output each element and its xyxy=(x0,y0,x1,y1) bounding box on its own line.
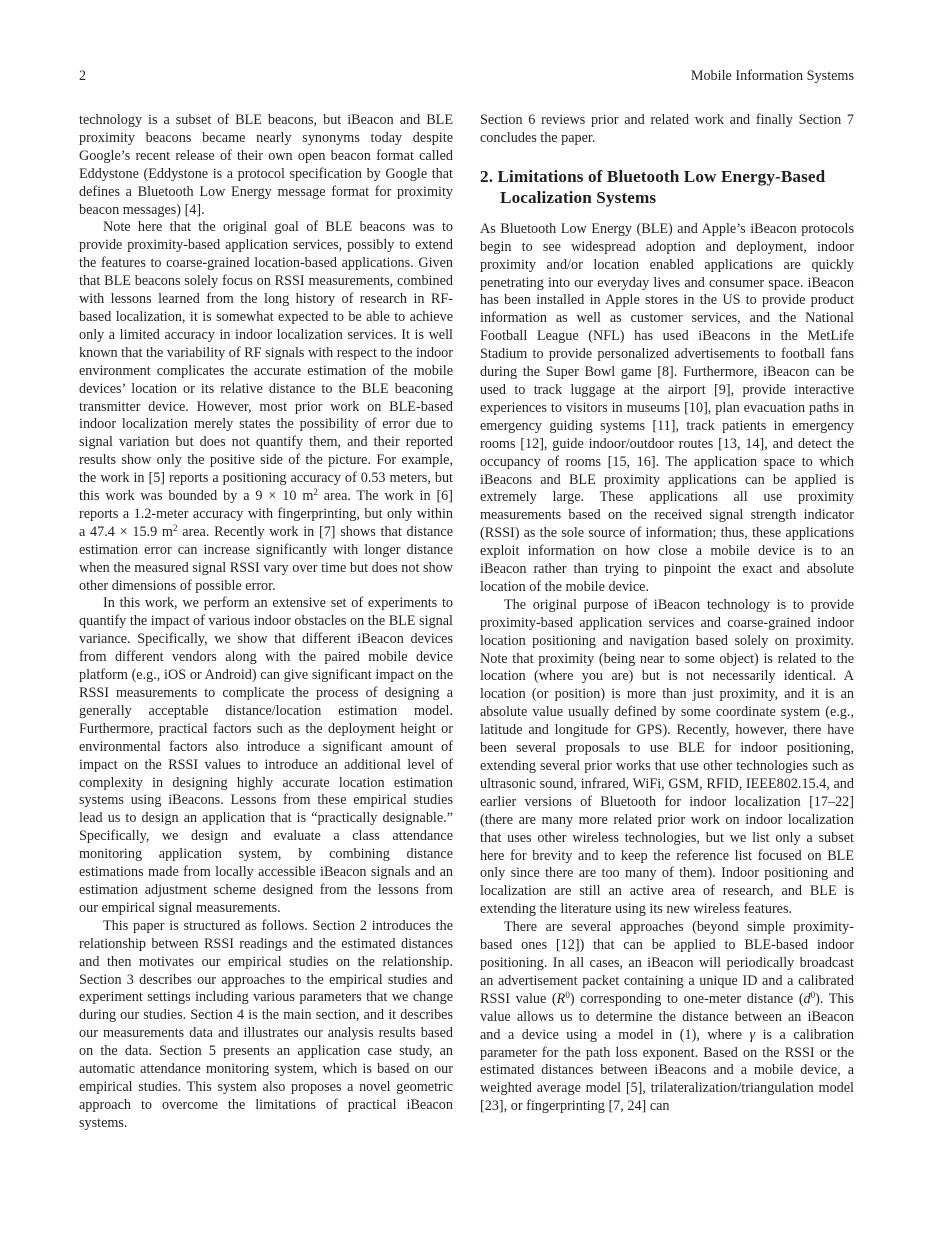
paragraph-ble-adoption: As Bluetooth Low Energy (BLE) and Apple’… xyxy=(480,221,854,597)
paragraph-ble-goal: Note here that the original goal of BLE … xyxy=(79,219,453,595)
paragraph-text: Note here that the original goal of BLE … xyxy=(79,219,453,504)
page-number: 2 xyxy=(79,66,86,86)
paragraph-structure: This paper is structured as follows. Sec… xyxy=(79,918,453,1133)
paragraph-original-purpose: The original purpose of iBeacon technolo… xyxy=(480,597,854,919)
section-heading: 2. Limitations of Bluetooth Low Energy-B… xyxy=(480,166,854,208)
left-column: technology is a subset of BLE beacons, b… xyxy=(79,112,453,1133)
paragraph-intro-continued: technology is a subset of BLE beacons, b… xyxy=(79,112,453,219)
paragraph-this-work: In this work, we perform an extensive se… xyxy=(79,595,453,917)
paragraph-text: ) corresponding to one-meter distance ( xyxy=(570,991,804,1007)
journal-name: Mobile Information Systems xyxy=(691,66,854,86)
right-column: Section 6 reviews prior and related work… xyxy=(480,112,854,1116)
paragraph-structure-continued: Section 6 reviews prior and related work… xyxy=(480,112,854,148)
math-variable-d: d xyxy=(804,991,811,1007)
running-header: 2 Mobile Information Systems xyxy=(79,66,854,86)
paragraph-approaches: There are several approaches (beyond sim… xyxy=(480,919,854,1116)
